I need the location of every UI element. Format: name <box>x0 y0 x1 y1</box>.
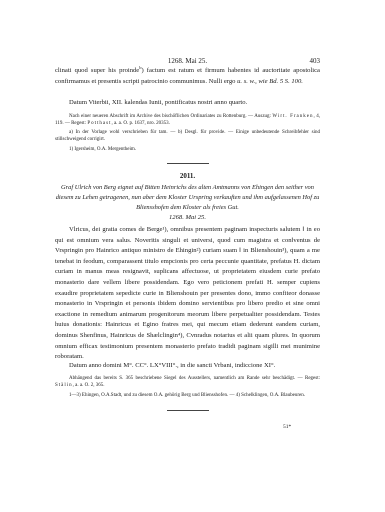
text-fragment-spaced: Stälin <box>55 383 73 388</box>
separator-rule <box>167 163 209 164</box>
text-fragment-italic: u. s. w., <box>237 78 257 85</box>
source-note: Nach einer neueren Abschrift im Archive … <box>55 113 320 127</box>
document-regest: Graf Ulrich von Berg eignet auf Bitten H… <box>55 183 320 213</box>
textual-notes: a) In der Vorlage wohl verschrieben für … <box>55 129 320 143</box>
text-fragment: , a. a. O. p. 1637, nro. 20353. <box>111 121 169 126</box>
signature-mark: 51* <box>283 424 291 430</box>
text-fragment: , a. a. O. 2, 365. <box>73 383 105 388</box>
document-footnotes: 1—3) Ehingen, O.A.Stadt, und zu diesem O… <box>55 392 320 399</box>
separator-rule <box>167 410 209 411</box>
text-fragment: Nach einer neueren Abschrift im Archive … <box>69 114 272 119</box>
text-fragment-spaced: Wirt. Franken <box>272 114 313 119</box>
text-fragment-italic: wie Bd. 5 S. 100. <box>257 78 303 85</box>
text-fragment-spaced: Potthast <box>87 121 111 126</box>
seal-note: Abhängend das bereits S. 365 beschrieben… <box>55 375 320 389</box>
document-number: 2011. <box>55 172 320 180</box>
text-fragment: Abhängend das bereits S. 365 beschrieben… <box>69 376 320 381</box>
document-datum: Datum anno domini M°. CC°. LX°VIII°., in… <box>55 361 320 372</box>
previous-document-text: clinati quod super his proindeb) factum … <box>55 66 320 87</box>
previous-document-datum: Datum Viterbii, XII. kalendas Iunii, pon… <box>55 98 320 109</box>
running-title: 1268. Mai 25. <box>55 57 320 65</box>
document-body: Vlricus, dei gratia comes de Berge¹), om… <box>55 225 320 363</box>
text-fragment: clinati quod super his proinde <box>55 67 139 74</box>
document-date: 1268. Mai 25. <box>55 214 320 221</box>
footnote: 1) Igersheim, O.A. Mergentheim. <box>55 146 320 153</box>
page-number: 403 <box>310 57 321 65</box>
